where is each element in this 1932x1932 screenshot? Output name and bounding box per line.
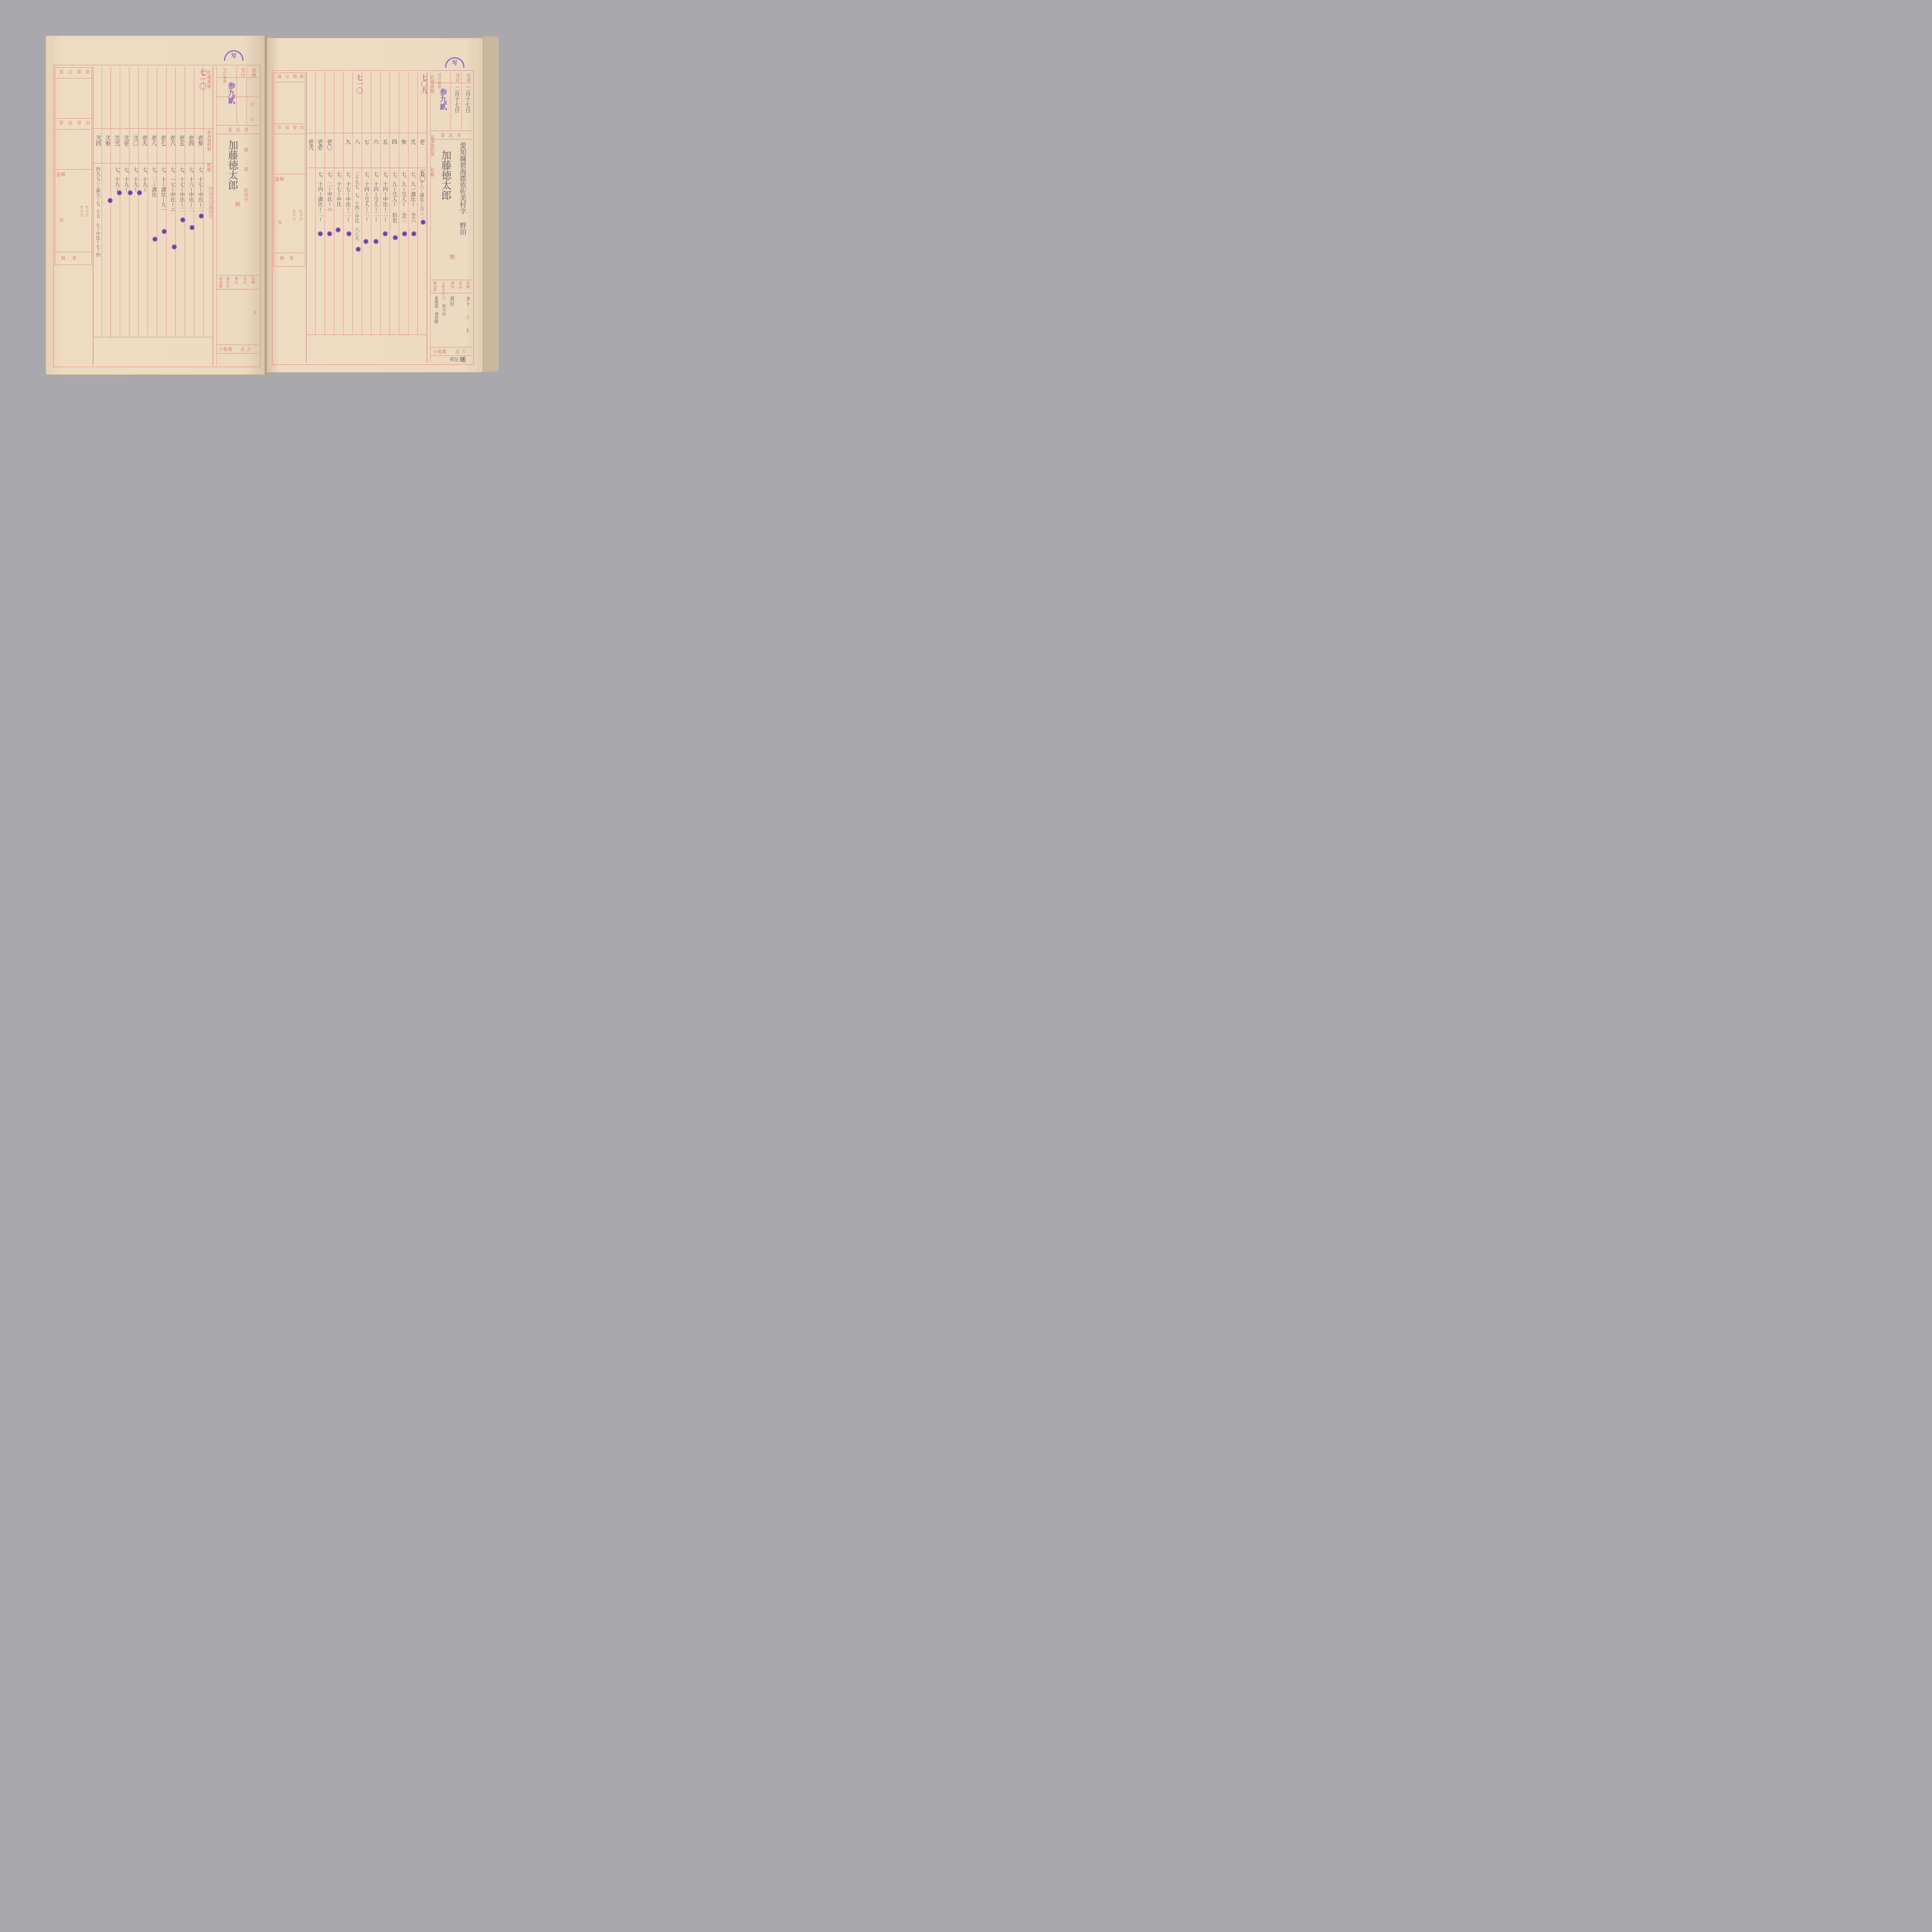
- station-value: 東海道 刈谷驛: [433, 296, 438, 323]
- arrival-date: 二月十七日: [464, 86, 471, 113]
- seal-mark: [117, 190, 122, 196]
- box-number-12: 壱弐: [308, 139, 314, 150]
- footer-station-label: 鐵道驛: [433, 281, 437, 292]
- note-row: 七、十八ー中比ー二: [188, 167, 193, 212]
- note-row: 七、十四ー満比ー二ー: [317, 172, 322, 222]
- top-seal-stamp: 写: [445, 57, 464, 68]
- extra-mark: ト: [465, 328, 470, 334]
- note-row: 七、十九ー: [123, 167, 128, 192]
- note-row: 七、九ー弖人ー 全三: [400, 172, 406, 223]
- seal-mark: [180, 217, 185, 223]
- date-month-label: 月: [250, 101, 255, 107]
- consignor-name: 加藤徳太郎: [226, 140, 238, 190]
- side-label-complete: 完: [67, 70, 73, 74]
- box-number-4: 四: [391, 139, 397, 145]
- side-label-date-1: 年月日: [79, 206, 84, 217]
- side-label-remarks: 摘要: [280, 255, 299, 261]
- header-received-no-label: 受付番號: [222, 68, 227, 83]
- box-number-5: 五: [382, 139, 388, 145]
- seal-mark: [402, 231, 407, 236]
- box-number-20: 弐〇: [132, 135, 138, 146]
- note-row: 七、十四ー中比ー二ー: [382, 172, 387, 222]
- side-label-complete: 完: [284, 74, 290, 79]
- footer-sending-method-label: 送方: [455, 349, 468, 355]
- footer-post-office-label: 郵局: [450, 281, 455, 289]
- row-labels: 出完月日返送方: [208, 186, 213, 219]
- box-number-8: 八: [354, 139, 360, 145]
- box-number-16: 壱六: [169, 135, 175, 146]
- received-number-stamp: 参九貳: [439, 88, 447, 110]
- seal-mark: [335, 227, 341, 233]
- form-number: 弐: [465, 315, 470, 321]
- note-row: 七、十四ー弖人ー二ー: [372, 172, 378, 222]
- box-number-2: 弐: [410, 139, 416, 145]
- side-label-return: 返: [58, 70, 64, 74]
- top-seal-stamp: 写: [224, 50, 243, 61]
- note-row: 七、十九ー: [141, 167, 147, 192]
- ledger-book: 写 新 箱 完 返 出 替 前 皆 過剰 枚 年月日 年月日 摘要: [46, 32, 498, 376]
- consignor-address: 愛知縣碧海郡依佐美村字 野田: [458, 142, 466, 235]
- side-label-return: 返: [276, 74, 282, 79]
- note-row: 七、一七ー中比ーニ: [169, 167, 175, 212]
- side-label-date-2: 年月日: [298, 209, 303, 221]
- box-number-22: 弐弐: [114, 135, 120, 146]
- post-office-value: 刈谷: [448, 296, 454, 306]
- side-table: [274, 73, 305, 267]
- note-row: 七、十四ー弖人ー二ー: [363, 172, 369, 222]
- seal-mark: [355, 247, 361, 252]
- note-row: 七、三ー満比: [151, 167, 156, 197]
- note-row: 七、十七ー中比ー二: [197, 167, 202, 212]
- side-label-new: 新: [84, 70, 90, 74]
- box-number-14: 壱四: [188, 135, 194, 146]
- side-label-before: 前: [67, 121, 73, 125]
- side-label-excess: 過剰: [275, 176, 284, 182]
- box-number-13: 壱参: [197, 135, 203, 146]
- box-number-17: 壱七: [160, 135, 166, 146]
- seal-mark: [346, 231, 352, 236]
- header-received-label: 受付: [240, 68, 246, 77]
- storage-number-label: 貯蔵番號: [429, 75, 435, 94]
- left-page: 写 新 箱 完 返 出 替 前 皆 過剰 枚 年月日 年月日 摘要: [46, 36, 266, 375]
- footer-box-count-label: 小箱數: [433, 349, 447, 355]
- received-number-stamp: 参九貳: [227, 82, 235, 104]
- seal-mark: [199, 213, 204, 219]
- box-number-15: 壱五: [179, 135, 185, 146]
- printed-village: 町村字: [243, 188, 249, 202]
- telegraph-abbrev-value: カト: [464, 296, 470, 306]
- side-label-remarks: 摘要: [61, 255, 83, 261]
- footer-sending-method-label: 送方: [240, 346, 253, 352]
- note-row: 七、二ー中比ーニ: [326, 172, 332, 212]
- seal-mark: [393, 235, 398, 240]
- page-edges: [483, 36, 498, 372]
- footer-post-office-label: 郵局: [233, 277, 238, 284]
- note-row: 七、十七ー中比ー二ー: [345, 172, 350, 222]
- header-arrival-type-label: 着種: [250, 68, 257, 77]
- consignor-name: 加藤徳太郎: [440, 150, 451, 200]
- seal-mark: [162, 229, 167, 234]
- footer-station-label: 通過驛: [218, 277, 223, 288]
- seal-mark: [152, 236, 158, 242]
- header-received-label: 受付: [454, 73, 461, 83]
- received-date: 二月十七日: [454, 86, 460, 113]
- box-number-label: 箱番號附號: [206, 130, 211, 151]
- printed-honorific: 殿: [233, 202, 241, 207]
- box-number-18: 壱八: [151, 135, 157, 146]
- note-row: 七、十ー満比ー九一: [160, 167, 165, 212]
- right-page: 写 新 箱 完 返 出 替 前 皆 過剰 枚 年月日 年月日 摘要: [267, 38, 483, 372]
- side-label-replace: 替: [76, 121, 82, 125]
- seal-mark: [327, 231, 332, 236]
- seal-mark: [107, 198, 113, 203]
- side-label-new: 新: [298, 74, 304, 79]
- side-label-date-2: 年月日: [84, 206, 89, 217]
- footer-forwarder-label: 元運送店: [441, 281, 446, 295]
- header-received-no-label: 受付番號: [437, 73, 442, 89]
- seal-mark: [172, 244, 177, 250]
- box-number-11: 壱壱: [317, 139, 323, 150]
- form-number: 弐: [253, 310, 257, 316]
- box-number-21: 弐壱: [123, 135, 129, 146]
- box-number-23: 弐参: [104, 135, 111, 146]
- footer-telegraph-office-label: 電局: [457, 281, 463, 289]
- printed-prefecture: 縣: [243, 148, 249, 152]
- side-label-out: 出: [84, 121, 90, 125]
- seal-mark: [137, 190, 142, 196]
- seal-mark: [411, 231, 417, 236]
- note-row: 七、九ー弖人ー 伯也: [391, 172, 396, 223]
- footer-telegraph-abbrev-label: 電略: [465, 281, 470, 289]
- note-row: 三十九七、七、十四ー中比 六八九: [354, 172, 359, 240]
- seal-mark: [128, 190, 133, 196]
- header-arrival-type-label: 着種: [465, 73, 471, 83]
- side-label-box: 箱: [291, 74, 298, 79]
- note-row: 七、十七ー中比: [335, 172, 341, 207]
- note-row: 七、十九ー: [132, 167, 138, 192]
- side-label-date-1: 年月日: [291, 209, 296, 221]
- seal-mark: [318, 231, 323, 236]
- box-number-7: 七: [363, 139, 369, 145]
- box-number-19: 壱九: [141, 135, 148, 146]
- seal-mark: [383, 231, 388, 236]
- date-day-label: 日: [250, 117, 254, 122]
- side-label-out: 出: [298, 125, 304, 130]
- side-table: [55, 67, 92, 265]
- note-row: 七、十九ー: [114, 167, 119, 192]
- box-number-3: 参: [400, 139, 406, 145]
- note-row: 七、九一満比ー 全六: [410, 172, 415, 223]
- box-number-label: 箱番號附號: [429, 135, 435, 156]
- box-number-24: 弐四: [95, 135, 101, 146]
- side-label-all: 皆: [276, 125, 282, 130]
- footer-forwarder-label: 運送店: [225, 277, 230, 288]
- seal-mark: [420, 219, 426, 225]
- storage-number-710: 七一〇: [354, 74, 364, 94]
- box-number-6: 六: [372, 139, 379, 145]
- side-label-excess: 過剰: [56, 172, 66, 178]
- footer-box-count-label: 小箱數: [219, 346, 233, 352]
- side-label-replace: 替: [291, 125, 298, 130]
- note-row: 七、十八ー満比ー五三二: [419, 172, 424, 311]
- note-row: 七、十七ー中比ー二: [179, 167, 184, 212]
- box-number-9: 九: [345, 139, 351, 145]
- parcel-count-value: 荷包 四: [450, 357, 464, 362]
- box-number-10: 壱〇: [326, 139, 332, 150]
- side-label-count: 枚: [60, 217, 64, 223]
- footer-telegraph-abbrev-label: 電略: [250, 277, 255, 284]
- side-label-box: 箱: [76, 70, 82, 74]
- consignor-label: 委託者: [228, 127, 252, 133]
- sheet-count-label: 枚數: [429, 168, 435, 177]
- side-label-all: 皆: [58, 121, 64, 125]
- consignor-label: 委託者: [440, 132, 465, 138]
- seal-mark: [363, 239, 369, 244]
- seal-mark: [189, 225, 195, 230]
- box-number-1: 壱: [419, 139, 425, 145]
- printed-district: 郡: [243, 167, 249, 172]
- storage-number: 七一〇: [197, 69, 207, 90]
- honorific: 殿: [448, 254, 456, 260]
- side-label-count: 枚: [278, 219, 283, 226]
- footer-telegraph-office-label: 電局: [242, 277, 247, 284]
- seal-mark: [373, 239, 379, 244]
- forwarder-value: ㊀ 松の店: [440, 296, 446, 316]
- sheet-count-label: 枚數: [206, 163, 212, 172]
- storage-number-709: 七〇九: [419, 74, 429, 94]
- side-label-before: 前: [284, 125, 290, 130]
- note-row: 四九七三ー満九ー七、十五 七ー中比ー七ー四: [95, 167, 100, 329]
